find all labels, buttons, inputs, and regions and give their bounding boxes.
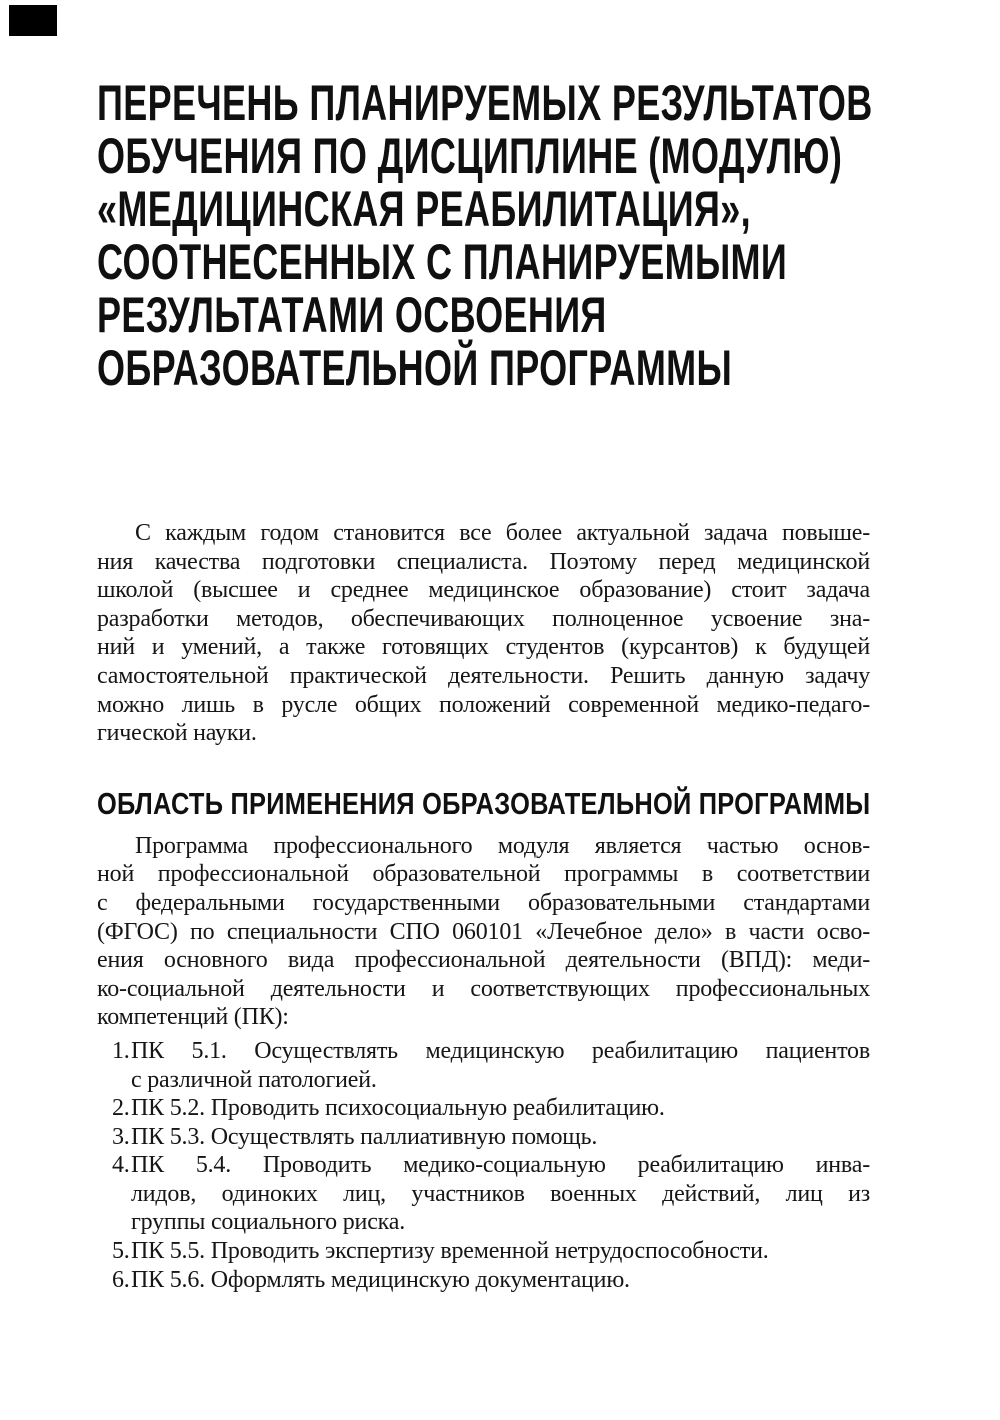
text-line: РЕЗУЛЬТАТАМИ ОСВОЕНИЯ xyxy=(97,289,870,342)
text-line: Программа профессионального модуля являе… xyxy=(97,832,870,861)
text-line-inner: «МЕДИЦИНСКАЯ РЕАБИЛИТАЦИЯ», xyxy=(97,183,751,236)
text-line: компетенций (ПК): xyxy=(97,1003,870,1032)
text-line: ПК 5.4. Проводить медико-социальную реаб… xyxy=(131,1151,870,1180)
text-line: ПК 5.3. Осуществлять паллиативную помощь… xyxy=(131,1123,870,1152)
item-number: 2. xyxy=(97,1094,131,1123)
text-line: ОБУЧЕНИЯ ПО ДИСЦИПЛИНЕ (МОДУЛЮ) xyxy=(97,130,870,183)
text-line: ний и умений, а также готовящих студенто… xyxy=(97,633,870,662)
competency-item: 1.ПК 5.1. Осуществлять медицинскую реаби… xyxy=(97,1037,870,1094)
text-line: (ФГОС) по специальности СПО 060101 «Лече… xyxy=(97,918,870,947)
text-line: ко-социальной деятельности и соответству… xyxy=(97,975,870,1004)
text-line: группы социального риска. xyxy=(131,1208,870,1237)
scope-paragraph: Программа профессионального модуля являе… xyxy=(97,832,870,1032)
item-number: 3. xyxy=(97,1123,131,1152)
text-line: ПК 5.2. Проводить психосоциальную реабил… xyxy=(131,1094,870,1123)
text-line: разработки методов, обеспечивающих полно… xyxy=(97,605,870,634)
text-line: ной профессиональной образовательной про… xyxy=(97,860,870,889)
text-line: гической науки. xyxy=(97,719,870,748)
item-number: 4. xyxy=(97,1151,131,1237)
text-line: с различной патологией. xyxy=(131,1066,870,1095)
item-text: ПК 5.3. Осуществлять паллиативную помощь… xyxy=(131,1123,870,1152)
text-line-inner: РЕЗУЛЬТАТАМИ ОСВОЕНИЯ xyxy=(97,289,607,342)
intro-paragraph: С каждым годом становится все более акту… xyxy=(97,519,870,748)
text-line: С каждым годом становится все более акту… xyxy=(97,519,870,548)
item-text: ПК 5.1. Осуществлять медицинскую реабили… xyxy=(131,1037,870,1094)
text-line: лидов, одиноких лиц, участников военных … xyxy=(131,1180,870,1209)
text-line: с федеральными государственными образова… xyxy=(97,889,870,918)
competency-item: 4.ПК 5.4. Проводить медико-социальную ре… xyxy=(97,1151,870,1237)
text-line: школой (высшее и среднее медицинское обр… xyxy=(97,576,870,605)
text-line-inner: ПЕРЕЧЕНЬ ПЛАНИРУЕМЫХ РЕЗУЛЬТАТОВ xyxy=(97,77,873,130)
competency-item: 6.ПК 5.6. Оформлять медицинскую документ… xyxy=(97,1266,870,1295)
item-text: ПК 5.5. Проводить экспертизу временной н… xyxy=(131,1237,870,1266)
text-line: ПК 5.6. Оформлять медицинскую документац… xyxy=(131,1266,870,1295)
item-number: 6. xyxy=(97,1266,131,1295)
text-line-inner: ОБУЧЕНИЯ ПО ДИСЦИПЛИНЕ (МОДУЛЮ) xyxy=(97,130,842,183)
item-number: 1. xyxy=(97,1037,131,1094)
text-line: ПК 5.1. Осуществлять медицинскую реабили… xyxy=(131,1037,870,1066)
item-text: ПК 5.4. Проводить медико-социальную реаб… xyxy=(131,1151,870,1237)
text-line: самостоятельной практической деятельност… xyxy=(97,662,870,691)
item-text: ПК 5.2. Проводить психосоциальную реабил… xyxy=(131,1094,870,1123)
text-line: «МЕДИЦИНСКАЯ РЕАБИЛИТАЦИЯ», xyxy=(97,183,870,236)
text-line: ПЕРЕЧЕНЬ ПЛАНИРУЕМЫХ РЕЗУЛЬТАТОВ xyxy=(97,77,870,130)
competency-list: 1.ПК 5.1. Осуществлять медицинскую реаби… xyxy=(97,1037,870,1294)
text-line: ПК 5.5. Проводить экспертизу временной н… xyxy=(131,1237,870,1266)
item-text: ПК 5.6. Оформлять медицинскую документац… xyxy=(131,1266,870,1295)
text-line-inner: ОБРАЗОВАТЕЛЬНОЙ ПРОГРАММЫ xyxy=(97,342,732,395)
text-line: можно лишь в русле общих положений совре… xyxy=(97,691,870,720)
competency-item: 5.ПК 5.5. Проводить экспертизу временной… xyxy=(97,1237,870,1266)
text-line: СООТНЕСЕННЫХ С ПЛАНИРУЕМЫМИ xyxy=(97,236,870,289)
section-heading: ОБЛАСТЬ ПРИМЕНЕНИЯ ОБРАЗОВАТЕЛЬНОЙ ПРОГР… xyxy=(97,786,870,822)
text-line: ения основного вида профессиональной дея… xyxy=(97,946,870,975)
item-number: 5. xyxy=(97,1237,131,1266)
section-heading-text: ОБЛАСТЬ ПРИМЕНЕНИЯ ОБРАЗОВАТЕЛЬНОЙ ПРОГР… xyxy=(97,786,870,822)
text-line-inner: СООТНЕСЕННЫХ С ПЛАНИРУЕМЫМИ xyxy=(97,236,787,289)
text-line: ния качества подготовки специалиста. Поэ… xyxy=(97,548,870,577)
competency-item: 2.ПК 5.2. Проводить психосоциальную реаб… xyxy=(97,1094,870,1123)
page-content: ПЕРЕЧЕНЬ ПЛАНИРУЕМЫХ РЕЗУЛЬТАТОВОБУЧЕНИЯ… xyxy=(97,0,870,1294)
text-line: ОБРАЗОВАТЕЛЬНОЙ ПРОГРАММЫ xyxy=(97,342,870,395)
book-page: ПЕРЕЧЕНЬ ПЛАНИРУЕМЫХ РЕЗУЛЬТАТОВОБУЧЕНИЯ… xyxy=(0,0,1000,1420)
page-title: ПЕРЕЧЕНЬ ПЛАНИРУЕМЫХ РЕЗУЛЬТАТОВОБУЧЕНИЯ… xyxy=(97,77,870,395)
scan-corner-mark xyxy=(9,5,57,36)
competency-item: 3.ПК 5.3. Осуществлять паллиативную помо… xyxy=(97,1123,870,1152)
